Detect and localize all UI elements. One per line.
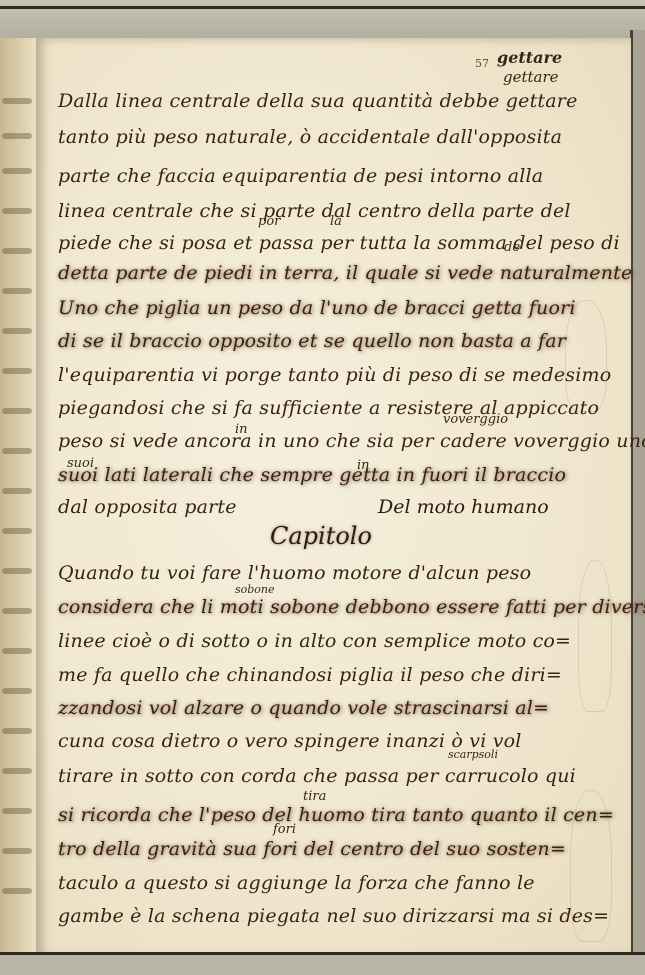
chapter-subtitle: Del moto humano [378, 496, 549, 518]
text-line-12: suoi lati laterali che sempre getta in f… [58, 464, 566, 486]
text-line-8: di se il braccio opposito et se quello n… [58, 330, 566, 352]
text-line-6: detta parte de piedi in terra, il quale … [58, 262, 632, 284]
folio-number: 57 [475, 57, 489, 70]
mount-right-edge [630, 30, 645, 965]
text-line-2: tanto più peso naturale, ò accidentale d… [58, 126, 562, 148]
text-line-3: parte che faccia equiparentia de pesi in… [58, 165, 543, 187]
text-line-5: piede che si posa et passa per tutta la … [58, 232, 620, 254]
body-line-2: considera che li moti sobone debbono ess… [58, 596, 645, 618]
correction-gettare-1: gettare [497, 48, 562, 67]
body-line-9: tro della gravità sua fori del centro de… [58, 838, 566, 860]
text-line-11: peso si vede ancora in uno che sia per c… [58, 430, 645, 452]
body-line-11: gambe è la schena piegata nel suo dirizz… [58, 905, 609, 927]
interlinear-sobone: sobone [235, 583, 275, 596]
body-line-6: cuna cosa dietro o vero spingere inanzi … [58, 730, 522, 752]
text-line-10: piegandosi che si fa sufficiente a resis… [58, 397, 599, 419]
body-line-10: taculo a questo si aggiunge la forza che… [58, 872, 535, 894]
body-line-7: tirare in sotto con corda che passa per … [58, 765, 576, 787]
body-line-4: me fa quello che chinandosi piglia il pe… [58, 664, 562, 686]
text-line-4: linea centrale che si parte dal centro d… [58, 200, 571, 222]
mount-bottom [0, 952, 645, 975]
chapter-heading: Capitolo [270, 522, 372, 550]
text-line-9: l'equiparentia vi porge tanto più di pes… [58, 364, 611, 386]
body-line-3: linee cioè o di sotto o in alto con semp… [58, 630, 571, 652]
body-line-1: Quando tu voi fare l'huomo motore d'alcu… [58, 562, 531, 584]
correction-gettare-2: gettare [503, 68, 559, 86]
text-line-1: Dalla linea centrale della sua quantità … [58, 90, 578, 112]
facing-page-edge [0, 38, 36, 958]
body-line-8: si ricorda che l'peso del huomo tira tan… [58, 804, 614, 826]
frame-rule [0, 6, 645, 9]
text-line-7: Uno che piglia un peso da l'uno de bracc… [58, 297, 576, 319]
interlinear-tira: tira [303, 789, 326, 804]
figure-sketch-middle [578, 560, 612, 712]
text-line-13: dal opposita parte [58, 496, 237, 518]
mount-top [0, 0, 645, 41]
body-line-5: zzandosi vol alzare o quando vole strasc… [58, 697, 549, 719]
